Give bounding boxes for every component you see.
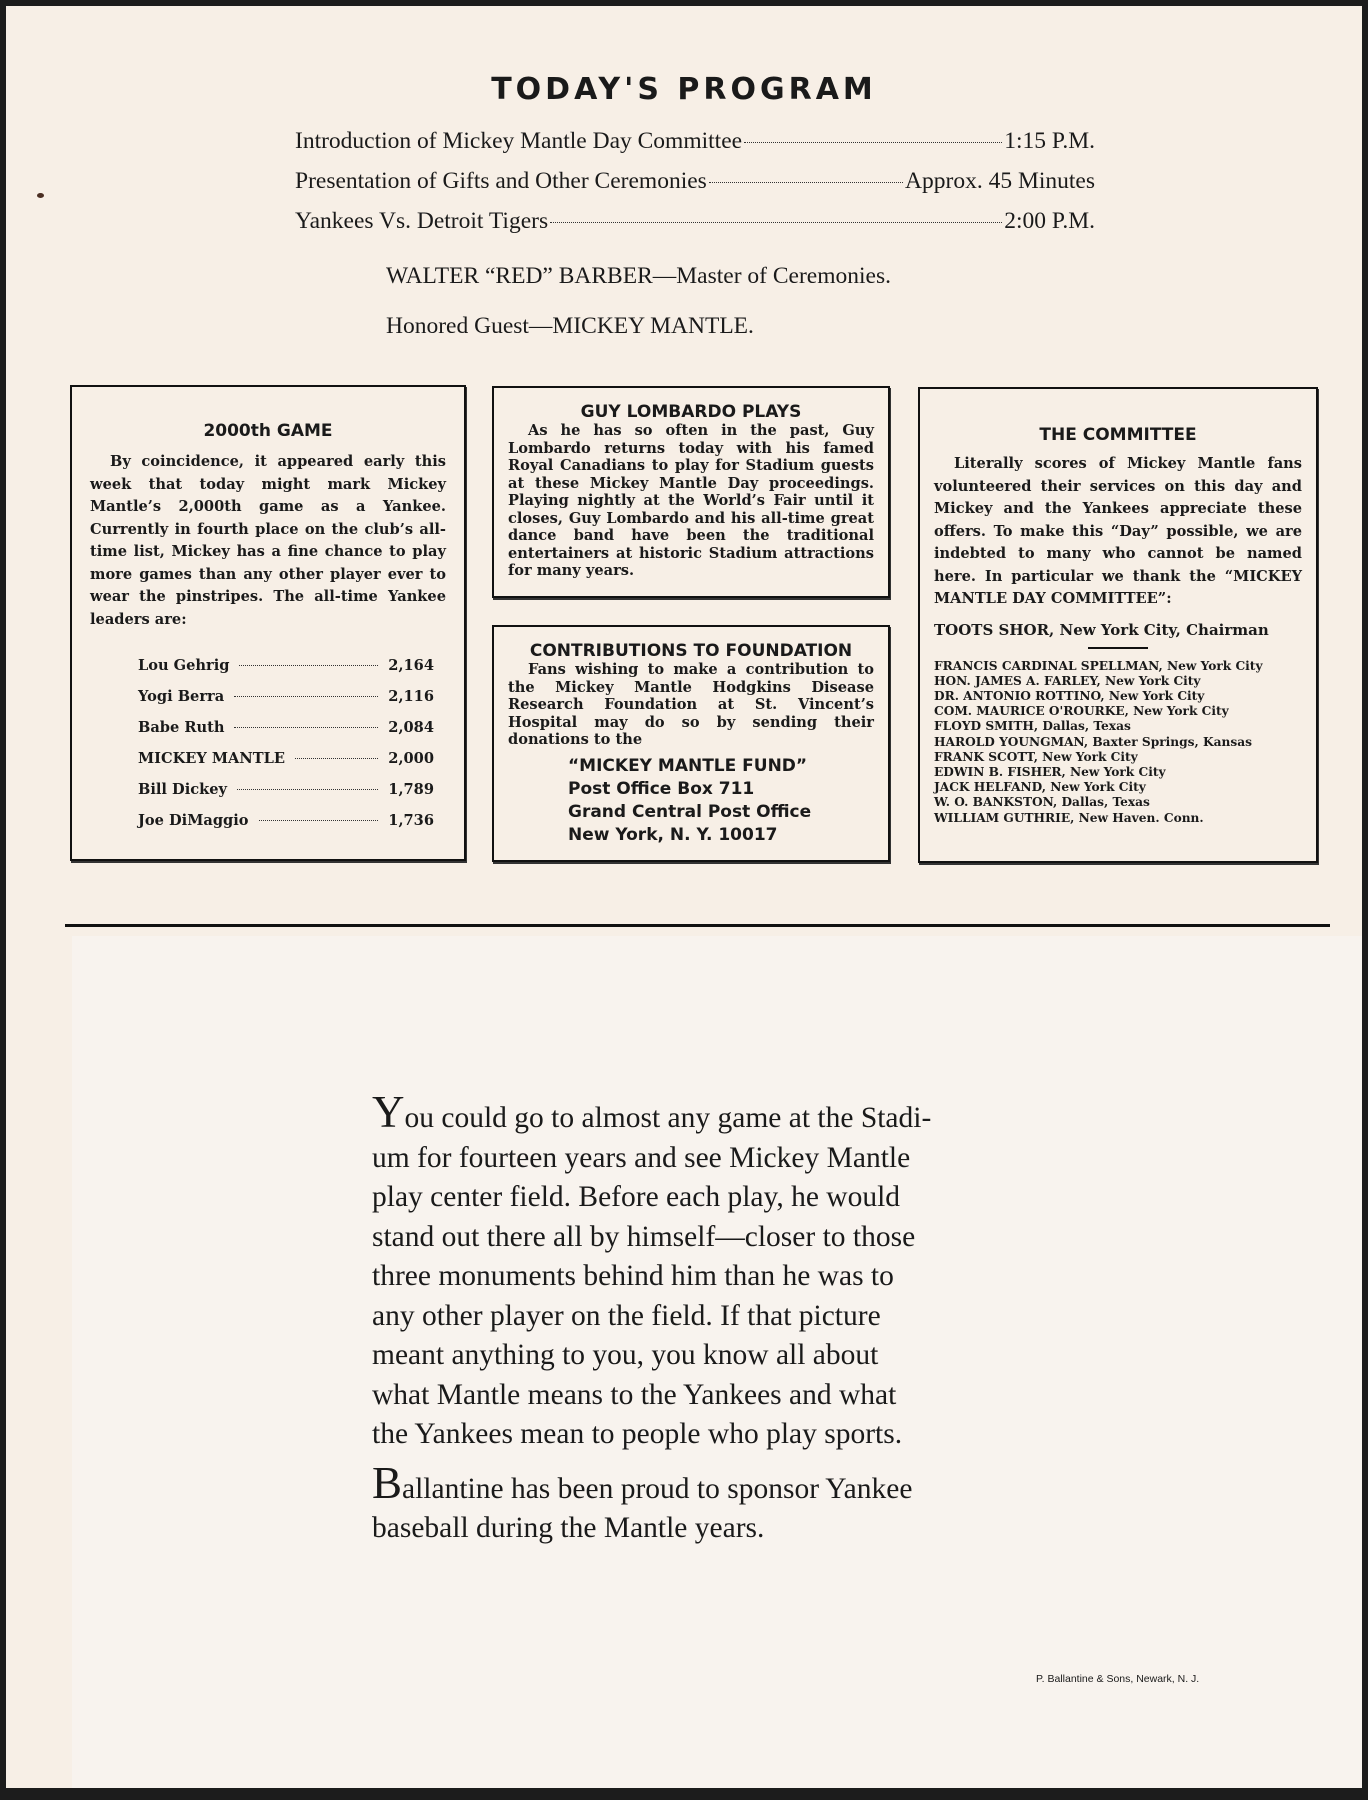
leader-name: Bill Dickey bbox=[138, 781, 227, 798]
address-line: New York, N. Y. 10017 bbox=[568, 824, 874, 847]
address-line: Grand Central Post Office bbox=[568, 801, 874, 824]
box-heading: CONTRIBUTIONS TO FOUNDATION bbox=[508, 641, 874, 661]
ad-line: stand out there all by himself—closer to… bbox=[372, 1218, 1032, 1258]
leader-row: MICKEY MANTLE2,000 bbox=[138, 750, 434, 781]
committee-member: W. O. BANKSTON, Dallas, Texas bbox=[934, 795, 1302, 810]
leader-games: 2,000 bbox=[388, 750, 434, 767]
committee-member: WILLIAM GUTHRIE, New Haven. Conn. bbox=[934, 811, 1302, 826]
box-heading: THE COMMITTEE bbox=[934, 425, 1302, 445]
committee-members: FRANCIS CARDINAL SPELLMAN, New York City… bbox=[934, 659, 1302, 826]
program-item-time: Approx. 45 Minutes bbox=[905, 168, 1095, 195]
initial-letter: B bbox=[372, 1458, 402, 1508]
dot-leader bbox=[234, 727, 378, 728]
ad-line: play center field. Before each play, he … bbox=[372, 1178, 1032, 1218]
program-page: TODAY'S PROGRAM Introduction of Mickey M… bbox=[6, 6, 1362, 1788]
box-body: Fans wishing to make a contribution to t… bbox=[508, 661, 874, 749]
dot-leader bbox=[239, 665, 378, 666]
leader-name: MICKEY MANTLE bbox=[138, 750, 285, 767]
box-body: By coincidence, it appeared early this w… bbox=[90, 451, 446, 631]
box-heading: 2000th GAME bbox=[90, 421, 446, 441]
dot-leader bbox=[550, 222, 1002, 223]
leader-games: 2,116 bbox=[388, 688, 434, 705]
leader-games: 2,084 bbox=[388, 719, 434, 736]
sponsor-footer: P. Ballantine & Sons, Newark, N. J. bbox=[1036, 1673, 1199, 1685]
program-title: TODAY'S PROGRAM bbox=[6, 72, 1362, 107]
leader-name: Joe DiMaggio bbox=[138, 812, 249, 829]
committee-member: FRANK SCOTT, New York City bbox=[934, 750, 1302, 765]
dot-leader bbox=[295, 758, 378, 759]
leader-games: 1,736 bbox=[388, 812, 434, 829]
honored-guest: Honored Guest—MICKEY MANTLE. bbox=[386, 313, 754, 340]
address-line: Post Office Box 711 bbox=[568, 778, 874, 801]
program-item: Presentation of Gifts and Other Ceremoni… bbox=[295, 168, 1095, 195]
dot-leader bbox=[709, 182, 903, 183]
address-line: “MICKEY MANTLE FUND” bbox=[568, 755, 874, 778]
committee-member: EDWIN B. FISHER, New York City bbox=[934, 765, 1302, 780]
committee-box: THE COMMITTEE Literally scores of Mickey… bbox=[918, 387, 1318, 863]
committee-member: COM. MAURICE O'ROURKE, New York City bbox=[934, 704, 1302, 719]
separator-rule bbox=[1088, 647, 1148, 649]
leader-row: Yogi Berra2,116 bbox=[138, 688, 434, 719]
committee-member: FRANCIS CARDINAL SPELLMAN, New York City bbox=[934, 659, 1302, 674]
program-item-time: 1:15 P.M. bbox=[1004, 128, 1095, 155]
leader-row: Lou Gehrig2,164 bbox=[138, 657, 434, 688]
leader-games: 1,789 bbox=[388, 781, 434, 798]
ad-line: baseball during the Mantle years. bbox=[372, 1509, 1032, 1549]
ad-line: what Mantle means to the Yankees and wha… bbox=[372, 1376, 1032, 1416]
program-item-label: Presentation of Gifts and Other Ceremoni… bbox=[295, 168, 707, 195]
dot-leader bbox=[744, 142, 1002, 143]
committee-member: FLOYD SMITH, Dallas, Texas bbox=[934, 719, 1302, 734]
leader-games: 2,164 bbox=[388, 657, 434, 674]
program-item-label: Introduction of Mickey Mantle Day Commit… bbox=[295, 128, 742, 155]
box-body: As he has so often in the past, Guy Lomb… bbox=[508, 422, 874, 580]
ballantine-advertisement: You could go to almost any game at the S… bbox=[372, 1093, 1032, 1549]
committee-chairman: TOOTS SHOR, New York City, Chairman bbox=[934, 621, 1302, 639]
program-item: Introduction of Mickey Mantle Day Commit… bbox=[295, 128, 1095, 155]
leader-name: Babe Ruth bbox=[138, 719, 224, 736]
program-item: Yankees Vs. Detroit Tigers 2:00 P.M. bbox=[295, 208, 1095, 235]
lombardo-box: GUY LOMBARDO PLAYS As he has so often in… bbox=[492, 386, 890, 598]
ad-line: three monuments behind him than he was t… bbox=[372, 1257, 1032, 1297]
leader-name: Lou Gehrig bbox=[138, 657, 229, 674]
leader-row: Joe DiMaggio1,736 bbox=[138, 812, 434, 843]
yankee-leaders-list: Lou Gehrig2,164 Yogi Berra2,116 Babe Rut… bbox=[138, 657, 434, 843]
paper-speck bbox=[37, 193, 44, 198]
leader-row: Babe Ruth2,084 bbox=[138, 719, 434, 750]
ad-paragraph-1: You could go to almost any game at the S… bbox=[372, 1093, 1032, 1455]
ad-paragraph-2: Ballantine has been proud to sponsor Yan… bbox=[372, 1464, 1032, 1549]
dot-leader bbox=[237, 789, 378, 790]
committee-member: JACK HELFAND, New York City bbox=[934, 780, 1302, 795]
game-2000-box: 2000th GAME By coincidence, it appeared … bbox=[70, 385, 466, 861]
box-body: Literally scores of Mickey Mantle fans v… bbox=[934, 453, 1302, 611]
fund-address: “MICKEY MANTLE FUND” Post Office Box 711… bbox=[508, 755, 874, 847]
leader-name: Yogi Berra bbox=[138, 688, 224, 705]
dot-leader bbox=[259, 820, 379, 821]
ad-line: meant anything to you, you know all abou… bbox=[372, 1336, 1032, 1376]
ad-line: um for fourteen years and see Mickey Man… bbox=[372, 1139, 1032, 1179]
committee-member: DR. ANTONIO ROTTINO, New York City bbox=[934, 689, 1302, 704]
program-item-label: Yankees Vs. Detroit Tigers bbox=[295, 208, 548, 235]
box-heading: GUY LOMBARDO PLAYS bbox=[508, 402, 874, 422]
committee-member: HON. JAMES A. FARLEY, New York City bbox=[934, 674, 1302, 689]
ad-line: You could go to almost any game at the S… bbox=[372, 1093, 1032, 1139]
initial-letter: Y bbox=[372, 1087, 405, 1137]
program-item-time: 2:00 P.M. bbox=[1004, 208, 1095, 235]
dot-leader bbox=[234, 696, 378, 697]
ad-line: the Yankees mean to people who play spor… bbox=[372, 1415, 1032, 1455]
ad-line: Ballantine has been proud to sponsor Yan… bbox=[372, 1464, 1032, 1510]
master-of-ceremonies: WALTER “RED” BARBER—Master of Ceremonies… bbox=[386, 263, 891, 290]
foundation-box: CONTRIBUTIONS TO FOUNDATION Fans wishing… bbox=[492, 625, 890, 862]
section-divider bbox=[65, 924, 1330, 927]
leader-row: Bill Dickey1,789 bbox=[138, 781, 434, 812]
committee-member: HAROLD YOUNGMAN, Baxter Springs, Kansas bbox=[934, 735, 1302, 750]
ad-line: any other player on the field. If that p… bbox=[372, 1297, 1032, 1337]
